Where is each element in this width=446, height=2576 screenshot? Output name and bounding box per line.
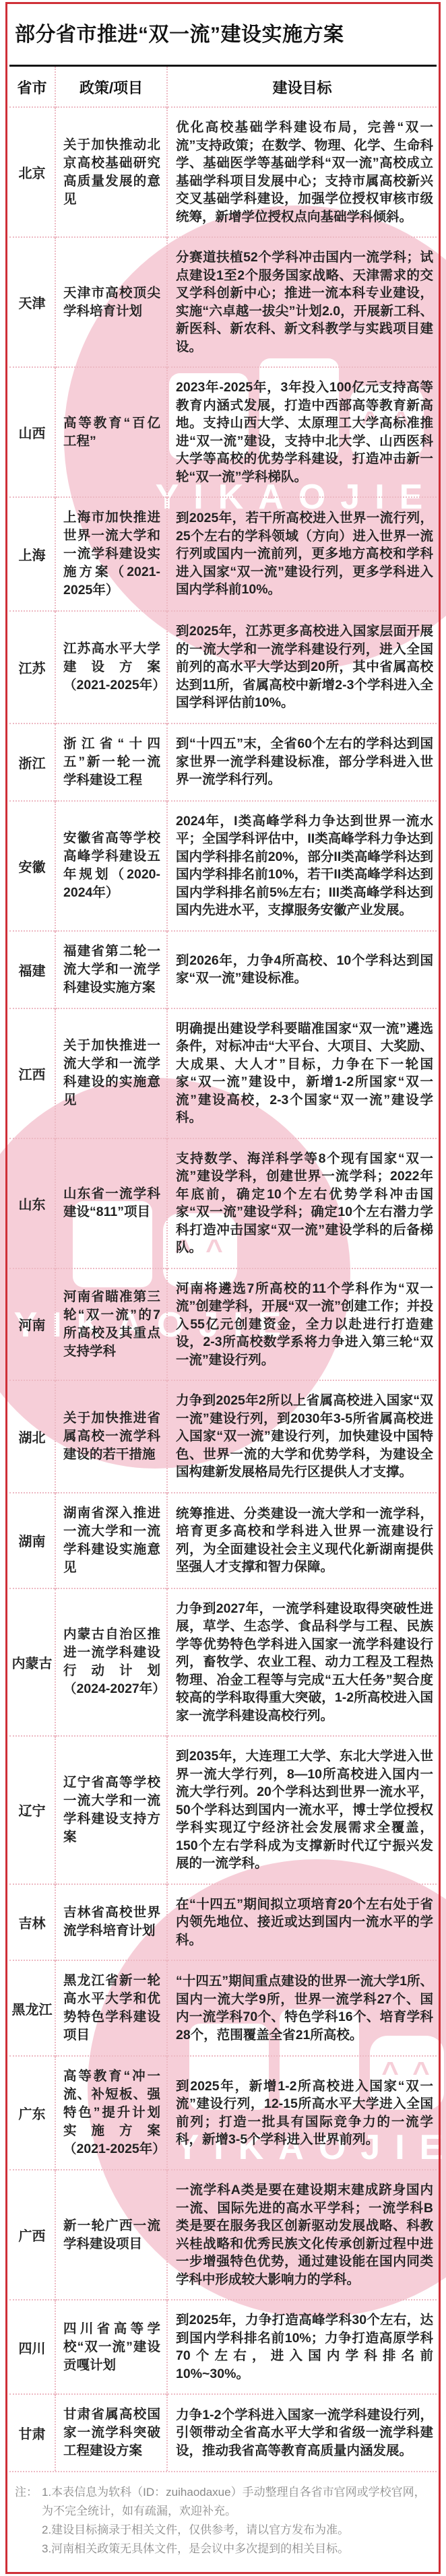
goal-cell: 力争1-2个学科进入国家一流学科建设行列，引领带动全省高水平大学和省级一流学科建… <box>167 2394 437 2471</box>
policy-cell: 关于加快推进省属高校一流学科建设的若干措施 <box>55 1380 167 1493</box>
province-cell: 湖北 <box>9 1380 55 1493</box>
policy-cell: 内蒙古自治区推进一流学科建设行动计划（2024-2027年） <box>55 1588 167 1737</box>
policy-cell: 关于加快推进一流大学和一流学科建设的实施意见 <box>55 1008 167 1138</box>
goal-cell: 河南将遴选7所高校的11个学科作为“双一流”创建学科，开展“双一流”创建工作；并… <box>167 1268 437 1381</box>
policy-cell: 甘肃省属高校国家一流学科突破工程建设方案 <box>55 2394 167 2471</box>
province-cell: 吉林 <box>9 1884 55 1961</box>
footer-note: 2.建设目标摘录于相关文件，仅供参考，请以官方发布为准。 <box>40 2521 433 2540</box>
table-row: 福建福建省第二轮一流大学和一流学科建设实施方案到2026年，力争4所高校、10个… <box>9 931 437 1008</box>
province-cell: 天津 <box>9 237 55 367</box>
table-header-cell: 建设目标 <box>167 67 437 107</box>
province-cell: 北京 <box>9 107 55 237</box>
province-cell: 山西 <box>9 367 55 497</box>
province-cell: 广东 <box>9 2056 55 2170</box>
province-cell: 甘肃 <box>9 2394 55 2471</box>
footer-note: 3.河南相关政策无具体文件，是会议中多次提到的相关目标。 <box>40 2540 433 2558</box>
table-row: 四川四川省高等学校“双一流”建设贡嘎计划到2025年，力争打造高峰学科30个左右… <box>9 2300 437 2394</box>
policy-cell: 新一轮广西一流学科建设项目 <box>55 2170 167 2300</box>
policy-cell: 天津市高校顶尖学科培育计划 <box>55 237 167 367</box>
policy-cell: 安徽省高等学校高峰学科建设五年规划（2020-2024年） <box>55 801 167 931</box>
goal-cell: 2024年，I类高峰学科力争达到世界一流水平；全国学科评估中，II类高峰学科力争… <box>167 801 437 931</box>
province-cell: 江西 <box>9 1008 55 1138</box>
policy-cell: 四川省高等学校“双一流”建设贡嘎计划 <box>55 2300 167 2394</box>
table-row: 江苏江苏高水平大学建设方案（2021-2025年）到2025年，江苏更多高校进入… <box>9 611 437 723</box>
province-cell: 福建 <box>9 931 55 1008</box>
table-header-cell: 政策/项目 <box>55 67 167 107</box>
policy-cell: 高等教育“冲一流、补短板、强特色”提升计划实施方案（2021-2025年） <box>55 2056 167 2170</box>
table-row: 北京关于加快推动北京高校基础研究高质量发展的意见优化高校基础学科建设布局，完善“… <box>9 107 437 237</box>
note-list: 1.本表信息为软科（ID：zuihaodaxue）手动整理自各省市官网或学校官网… <box>40 2483 433 2558</box>
goal-cell: 力争到2027年，一流学科建设取得突破性进展，草学、生态学、食品科学与工程、民族… <box>167 1588 437 1737</box>
goal-cell: 分赛道扶植52个学科冲击国内一流学科；试点建设1至2个服务国家战略、天津需求的交… <box>167 237 437 367</box>
table-row: 安徽安徽省高等学校高峰学科建设五年规划（2020-2024年）2024年，I类高… <box>9 801 437 931</box>
goal-cell: 优化高校基础学科建设布局，完善“双一流”支持政策；在数学、物理、化学、生命科学、… <box>167 107 437 237</box>
goal-cell: 到2035年，大连理工大学、东北大学进入世界一流大学行列，8—10所高校进入国内… <box>167 1736 437 1884</box>
goal-cell: 统筹推进、分类建设一流大学和一流学科，培育更多高校和学科进入世界一流建设行列，为… <box>167 1493 437 1588</box>
policy-cell: 河南省瞄准第三轮“双一流”的7所高校及其重点支持学科 <box>55 1268 167 1381</box>
table-row: 山西高等教育“百亿工程”2023年-2025年，3年投入100亿元支持高等教育内… <box>9 367 437 497</box>
policy-cell: 高等教育“百亿工程” <box>55 367 167 497</box>
province-cell: 内蒙古 <box>9 1588 55 1737</box>
table-header-row: 省市政策/项目建设目标 <box>9 67 437 107</box>
page-title: 部分省市推进“双一流”建设实施方案 <box>0 0 446 47</box>
province-cell: 四川 <box>9 2300 55 2394</box>
goal-cell: 支持数学、海洋科学等8个现有国家“双一流”建设学科，创建世界一流学科；2022年… <box>167 1138 437 1268</box>
infographic-page: ^ ^ YIKAOJIE ^ ^ YIKAOJIE ^ ^ YIKAOJIE 部… <box>0 0 446 2576</box>
province-cell: 上海 <box>9 497 55 611</box>
table-row: 甘肃甘肃省属高校国家一流学科突破工程建设方案力争1-2个学科进入国家一流学科建设… <box>9 2394 437 2471</box>
table-row: 广西新一轮广西一流学科建设项目一流学科A类是要在建设期末建成跻身国内一流、国际先… <box>9 2170 437 2300</box>
goal-cell: 一流学科A类是要在建设期末建成跻身国内一流、国际先进的高水平学科；一流学科B类是… <box>167 2170 437 2300</box>
policy-cell: 山东省一流学科建设“811”项目 <box>55 1138 167 1268</box>
province-cell: 湖南 <box>9 1493 55 1588</box>
table-row: 内蒙古内蒙古自治区推进一流学科建设行动计划（2024-2027年）力争到2027… <box>9 1588 437 1737</box>
policy-table: 省市政策/项目建设目标 北京关于加快推动北京高校基础研究高质量发展的意见优化高校… <box>9 67 437 2471</box>
table-header-cell: 省市 <box>9 67 55 107</box>
table-row: 黑龙江黑龙江省新一轮高水平大学和优势特色学科建设项目“十四五”期间重点建设的世界… <box>9 1960 437 2056</box>
province-cell: 河南 <box>9 1268 55 1381</box>
province-cell: 辽宁 <box>9 1736 55 1884</box>
table-row: 湖北关于加快推进省属高校一流学科建设的若干措施力争到2025年2所以上省属高校进… <box>9 1380 437 1493</box>
policy-cell: 关于加快推动北京高校基础研究高质量发展的意见 <box>55 107 167 237</box>
province-cell: 安徽 <box>9 801 55 931</box>
table-row: 上海上海市加快推进世界一流大学和一流学科建设实施方案（2021-2025年）到2… <box>9 497 437 611</box>
table-row: 广东高等教育“冲一流、补短板、强特色”提升计划实施方案（2021-2025年）到… <box>9 2056 437 2170</box>
table-row: 江西关于加快推进一流大学和一流学科建设的实施意见明确提出建设学科要瞄准国家“双一… <box>9 1008 437 1138</box>
goal-cell: 明确提出建设学科要瞄准国家“双一流”遴选条件，对标冲击“大平台、大项目、大奖励、… <box>167 1008 437 1138</box>
table-row: 吉林吉林省高校世界流学科培育计划在“十四五”期间拟立项培育20个左右处于省内领先… <box>9 1884 437 1961</box>
province-cell: 广西 <box>9 2170 55 2300</box>
note-prefix: 注： <box>15 2483 38 2558</box>
table-row: 辽宁辽宁省高等学校一流大学和一流学科建设支持方案到2035年，大连理工大学、东北… <box>9 1736 437 1884</box>
goal-cell: 到2025年，江苏更多高校进入国家层面开展的一流大学和一流学科建设行列，进入全国… <box>167 611 437 723</box>
table-row: 河南河南省瞄准第三轮“双一流”的7所高校及其重点支持学科河南将遴选7所高校的11… <box>9 1268 437 1381</box>
goal-cell: 到2026年，力争4所高校、10个学科达到国家“双一流”建设标准。 <box>167 931 437 1008</box>
goal-cell: 在“十四五”期间拟立项培育20个左右处于省内领先地位、接近或达到国内一流水平的学… <box>167 1884 437 1961</box>
policy-cell: 福建省第二轮一流大学和一流学科建设实施方案 <box>55 931 167 1008</box>
table-row: 浙江浙江省“十四五”新一轮一流学科建设工程到“十四五”末，全省60个左右的学科达… <box>9 723 437 801</box>
policy-cell: 上海市加快推进世界一流大学和一流学科建设实施方案（2021-2025年） <box>55 497 167 611</box>
province-cell: 山东 <box>9 1138 55 1268</box>
footer-notes: 注： 1.本表信息为软科（ID：zuihaodaxue）手动整理自各省市官网或学… <box>9 2471 437 2576</box>
policy-cell: 湖南省深入推进一流大学和一流学科建设实施意见 <box>55 1493 167 1588</box>
goal-cell: “十四五”期间重点建设的世界一流大学1所、国内一流大学9所，世界一流学科27个、… <box>167 1960 437 2056</box>
table-row: 湖南湖南省深入推进一流大学和一流学科建设实施意见统筹推进、分类建设一流大学和一流… <box>9 1493 437 1588</box>
table-row: 天津天津市高校顶尖学科培育计划分赛道扶植52个学科冲击国内一流学科；试点建设1至… <box>9 237 437 367</box>
policy-cell: 江苏高水平大学建设方案（2021-2025年） <box>55 611 167 723</box>
policy-cell: 黑龙江省新一轮高水平大学和优势特色学科建设项目 <box>55 1960 167 2056</box>
goal-cell: 2023年-2025年，3年投入100亿元支持高等教育内涵式发展，打造中西部高等… <box>167 367 437 497</box>
province-cell: 浙江 <box>9 723 55 801</box>
footer-note: 1.本表信息为软科（ID：zuihaodaxue）手动整理自各省市官网或学校官网… <box>40 2483 433 2521</box>
goal-cell: 到“十四五”末，全省60个左右的学科达到国家世界一流学科建设标准，部分学科进入世… <box>167 723 437 801</box>
province-cell: 黑龙江 <box>9 1960 55 2056</box>
table-body: 北京关于加快推动北京高校基础研究高质量发展的意见优化高校基础学科建设布局，完善“… <box>9 107 437 2471</box>
policy-cell: 吉林省高校世界流学科培育计划 <box>55 1884 167 1961</box>
policy-cell: 浙江省“十四五”新一轮一流学科建设工程 <box>55 723 167 801</box>
goal-cell: 力争到2025年2所以上省属高校进入国家“双一流”建设行列，到2030年3-5所… <box>167 1380 437 1493</box>
policy-cell: 辽宁省高等学校一流大学和一流学科建设支持方案 <box>55 1736 167 1884</box>
goal-cell: 到2025年，若干所高校进入世界一流行列，25个左右的学科领域（方向）进入世界一… <box>167 497 437 611</box>
province-cell: 江苏 <box>9 611 55 723</box>
goal-cell: 到2025年，新增1-2所高校进入国家“双一流”建设行列，12-15所高水平大学… <box>167 2056 437 2170</box>
table-row: 山东山东省一流学科建设“811”项目支持数学、海洋科学等8个现有国家“双一流”建… <box>9 1138 437 1268</box>
goal-cell: 到2025年，力争打造高峰学科30个左右，达到国内学科排名前10%；力争打造高原… <box>167 2300 437 2394</box>
